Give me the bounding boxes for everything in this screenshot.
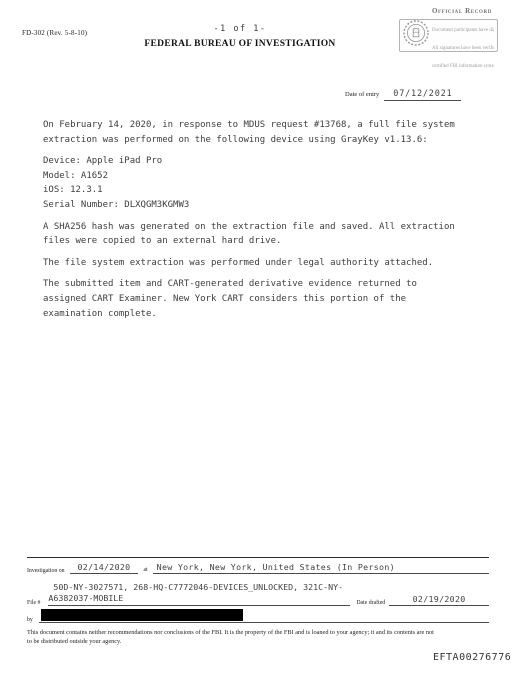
stamp-subtext-line3: certified FBI information system.: [432, 64, 494, 69]
date-drafted-label: Date drafted: [356, 600, 385, 606]
date-of-entry-value: 07/12/2021: [384, 89, 461, 101]
file-number-label: File #: [27, 600, 40, 606]
narrative-paragraph: On February 14, 2020, in response to MDU…: [43, 118, 473, 147]
at-label: at: [143, 567, 147, 573]
stamp-title: Official Record: [432, 7, 492, 15]
narrative: On February 14, 2020, in response to MDU…: [43, 118, 473, 328]
investigation-on-label: Investigation on: [27, 568, 65, 574]
file-number-row: File # 50D-NY-3027571, 268-HQ-C7772046-D…: [27, 582, 489, 606]
narrative-paragraph: The file system extraction was performed…: [43, 256, 473, 271]
investigation-location-value: New York, New York, United States (In Pe…: [153, 562, 489, 574]
file-number-value: 50D-NY-3027571, 268-HQ-C7772046-DEVICES_…: [48, 582, 350, 606]
date-drafted-value: 02/19/2020: [389, 594, 489, 606]
investigation-row: Investigation on 02/14/2020 at New York,…: [27, 562, 489, 574]
stamp-text: Official Record Document participants ha…: [432, 0, 494, 72]
file-number-line2: A6382037-MOBILE: [48, 593, 350, 604]
date-of-entry-row: Date of entry 07/12/2021: [345, 89, 461, 101]
fd302-document-page: { "header": { "form_number": "FD-302 (Re…: [0, 0, 512, 678]
official-record-stamp: Official Record Document participants ha…: [399, 19, 498, 52]
file-number-line1: 50D-NY-3027571, 268-HQ-C7772046-DEVICES_…: [48, 582, 350, 593]
form-footer: Investigation on 02/14/2020 at New York,…: [27, 557, 489, 646]
date-of-entry-label: Date of entry: [345, 91, 379, 98]
stamp-subtext-line2: All signatures have been verified by a: [432, 46, 494, 51]
footer-divider: [27, 557, 489, 558]
narrative-paragraph: A SHA256 hash was generated on the extra…: [43, 220, 473, 249]
investigation-date-value: 02/14/2020: [70, 562, 139, 574]
disclaimer-text: This document contains neither recommend…: [27, 628, 489, 646]
by-signature-line: [39, 609, 489, 623]
bates-number: EFTA00276776: [433, 652, 511, 663]
by-label: by: [27, 617, 33, 623]
narrative-paragraph: Device: Apple iPad Pro Model: A1652 iOS:…: [43, 154, 473, 212]
redaction-bar: [41, 609, 243, 621]
narrative-paragraph: The submitted item and CART-generated de…: [43, 277, 473, 321]
fbi-seal-icon: [403, 20, 429, 51]
by-row: by: [27, 609, 489, 623]
stamp-subtext-line1: Document participants have digitally sig…: [432, 28, 494, 33]
